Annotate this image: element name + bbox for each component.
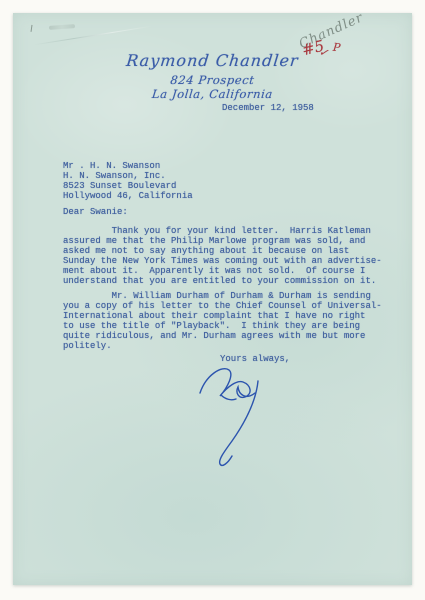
letterhead-city: La Jolla, California (12, 87, 412, 101)
signature-ray (178, 363, 290, 473)
scanned-letter: Raymond Chandler 824 Prospect La Jolla, … (0, 0, 425, 600)
salutation: Dear Swanie: (63, 207, 128, 217)
body-paragraph-2: Mr. William Durham of Durham & Durham is… (63, 291, 382, 351)
letterhead-street: 824 Prospect (12, 73, 412, 87)
date-line: December 12, 1958 (222, 103, 314, 113)
red-annotation-letter: P (332, 41, 341, 55)
body-paragraph-1: Thank you for your kind letter. Harris K… (63, 226, 382, 286)
stray-pencil-mark (31, 25, 35, 32)
recipient-address-block: Mr . H. N. Swanson H. N. Swanson, Inc. 8… (63, 161, 193, 201)
pencil-smudge (49, 24, 75, 30)
letter-paper: Raymond Chandler 824 Prospect La Jolla, … (13, 13, 412, 585)
letterhead-name: Raymond Chandler (12, 51, 413, 70)
